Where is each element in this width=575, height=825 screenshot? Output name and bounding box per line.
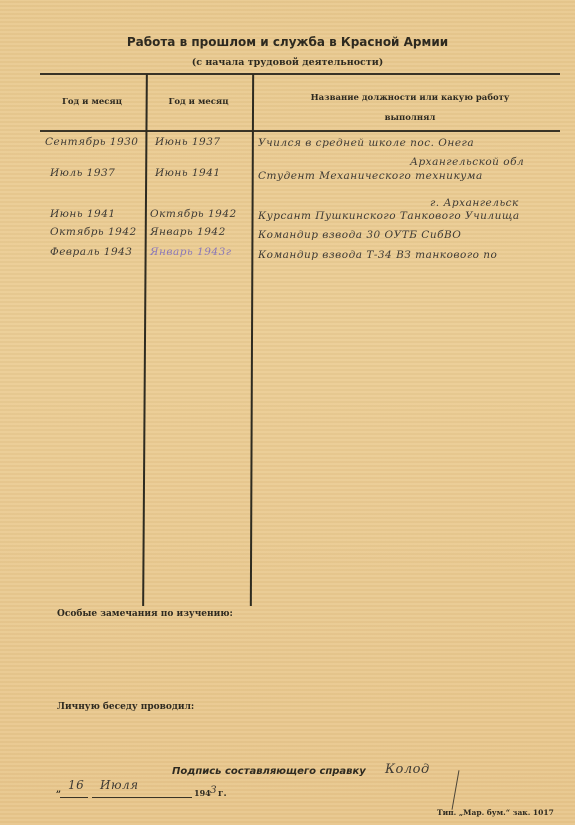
row-1-position-line2: Архангельской обл — [410, 156, 524, 168]
column-header-to: Год и месяц — [146, 97, 251, 107]
column-header-from: Год и месяц — [40, 97, 144, 107]
table-header-rule — [40, 130, 560, 132]
row-1-to: Июнь 1937 — [155, 136, 221, 148]
signature-stroke — [452, 770, 460, 810]
date-month-line — [92, 797, 192, 798]
row-5-position: Командир взвода Т-34 ВЗ танкового по — [258, 249, 497, 261]
row-2-position-line2: г. Архангельск — [430, 197, 519, 209]
date-year-suffix: 3 — [210, 784, 217, 796]
row-3-position: Курсант Пушкинского Танкового Училища — [258, 210, 520, 222]
row-3-from: Июнь 1941 — [50, 208, 116, 220]
row-3-to: Октябрь 1942 — [150, 208, 237, 220]
signature-caption: Подпись составляющего справку — [172, 766, 366, 777]
table-top-rule — [40, 73, 560, 75]
column-divider-1 — [142, 74, 148, 606]
row-2-position: Студент Механического техникума — [258, 170, 483, 182]
column-header-position: Название должности или какую работу выпо… — [300, 88, 520, 128]
page-title: Работа в прошлом и служба в Красной Арми… — [0, 35, 575, 49]
row-4-to: Январь 1942 — [150, 226, 226, 238]
date-month: Июля — [100, 778, 139, 792]
remarks-label: Особые замечания по изучению: — [57, 609, 233, 619]
print-info: Тип. „Мар. бум.“ зак. 1017 — [437, 808, 554, 817]
row-4-position: Командир взвода 30 ОУТБ СибВО — [258, 229, 461, 241]
column-divider-2 — [250, 74, 254, 606]
date-suffix: г. — [218, 789, 227, 799]
date-day: 16 — [68, 778, 84, 792]
signature: Колод — [385, 762, 430, 777]
row-4-from: Октябрь 1942 — [50, 226, 137, 238]
interview-label: Личную беседу проводил: — [57, 702, 194, 712]
row-2-from: Июль 1937 — [50, 167, 115, 179]
page-subtitle: (с начала трудовой деятельности) — [0, 57, 575, 68]
row-1-position: Учился в средней школе пос. Онега — [258, 137, 474, 149]
row-1-from: Сентябрь 1930 — [45, 136, 138, 148]
date-year-prefix: 194 — [194, 788, 211, 798]
row-5-from: Февраль 1943 — [50, 246, 132, 258]
row-5-to: Январь 1943г — [150, 246, 232, 258]
date-quote: „ — [56, 785, 61, 795]
date-day-line — [60, 797, 88, 798]
row-2-to: Июнь 1941 — [155, 167, 221, 179]
